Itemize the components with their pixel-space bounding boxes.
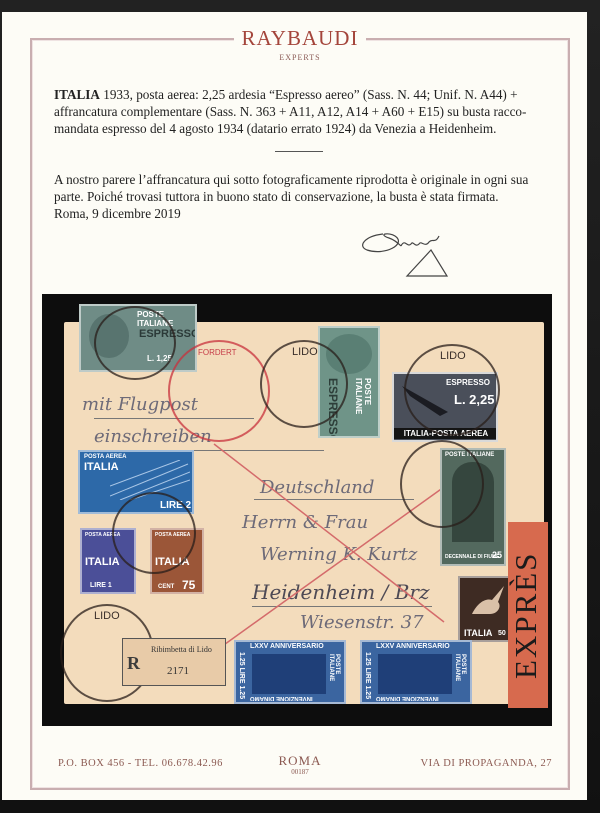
registration-label: R Ribimbetta di Lido 2171 [122, 638, 226, 686]
footer-address: VIA DI PROPAGANDA, 27 [421, 758, 552, 769]
opinion-line2: parte. Poiché trovasi tuttora in buono s… [54, 188, 564, 205]
description-line2: affrancatura complementare (Sass. N. 363… [54, 103, 554, 120]
brand-title: RAYBAUDI [234, 26, 367, 51]
portrait-icon [252, 654, 326, 694]
stamp-pegasus: ITALIA 50 [458, 576, 514, 642]
postmark-lido-2: LIDO [404, 344, 500, 436]
expert-opinion: A nostro parere l’affrancatura qui sotto… [54, 171, 564, 222]
brand-header: RAYBAUDI [0, 26, 600, 51]
postmark-lido-3 [112, 492, 196, 574]
opinion-place-date: Roma, 9 dicembre 2019 [54, 205, 564, 222]
stamp-description: ITALIA 1933, posta aerea: 2,25 ardesia “… [54, 86, 554, 137]
postmark-censor: FORDERT [168, 340, 270, 442]
postmark-venezia [94, 306, 176, 380]
pegasus-icon [468, 584, 508, 618]
brand-subtitle: EXPERTS [0, 53, 600, 62]
opinion-line1: A nostro parere l’affrancatura qui sotto… [54, 171, 564, 188]
stamp-dinamo-2: LXXV ANNIVERSARIO 1.25 LIRE 1.25 POSTE I… [360, 640, 472, 704]
cover-photograph: mit Flugpost einschreiben Deutschland He… [42, 294, 552, 726]
envelope: mit Flugpost einschreiben Deutschland He… [64, 322, 544, 704]
postmark-venezia-2 [400, 440, 484, 528]
footer-postcode: 00187 [0, 768, 600, 776]
description-line3: mandata espresso del 4 agosto 1934 (data… [54, 120, 554, 137]
description-lead: ITALIA [54, 87, 100, 102]
express-label: EXPRÈS [508, 522, 548, 708]
signature-icon [355, 222, 485, 282]
portrait-icon [378, 654, 452, 694]
description-line1: 1933, posta aerea: 2,25 ardesia “Espress… [100, 87, 518, 102]
separator-line [275, 151, 323, 152]
postmark-lido-1: LIDO [260, 340, 348, 428]
stamp-dinamo-1: LXXV ANNIVERSARIO 1.25 LIRE 1.25 POSTE I… [234, 640, 346, 704]
